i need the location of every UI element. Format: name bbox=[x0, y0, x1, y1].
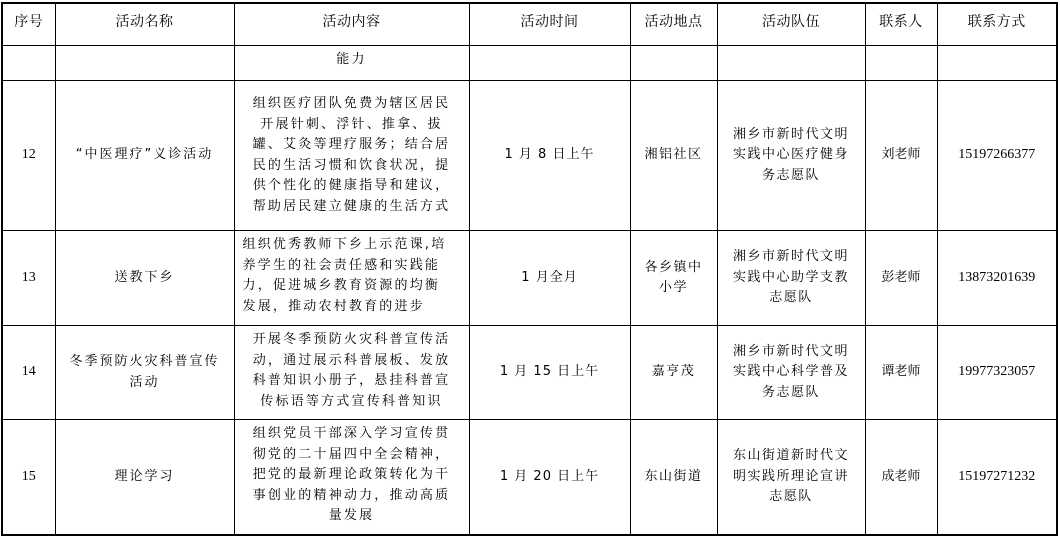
cell-no: 14 bbox=[2, 326, 55, 420]
cell-content: 组织医疗团队免费为辖区居民 开展针刺、浮针、推拿、拔 罐、艾灸等理疗服务；结合居… bbox=[234, 81, 469, 231]
content-line: 供个性化的健康指导和建议， bbox=[241, 176, 463, 197]
cell-contact: 成老师 bbox=[865, 420, 937, 535]
header-location: 活动地点 bbox=[630, 3, 717, 46]
content-line: 组织医疗团队免费为辖区居民 bbox=[241, 94, 463, 115]
cell-name: 送教下乡 bbox=[55, 231, 234, 326]
table-row: 12 “中医理疗”义诊活动 组织医疗团队免费为辖区居民 开展针刺、浮针、推拿、拔… bbox=[2, 81, 1057, 231]
location-line: 湘铝社区 bbox=[637, 145, 711, 166]
header-no: 序号 bbox=[2, 3, 55, 46]
header-contact: 联系人 bbox=[865, 3, 937, 46]
content-line: 传标语等方式宣传科普知识 bbox=[241, 392, 463, 413]
continuation-row: 能力 bbox=[2, 46, 1057, 81]
content-line: 组织优秀教师下乡上示范课,培 bbox=[243, 235, 463, 256]
team-line: 志愿队 bbox=[726, 288, 857, 309]
name-line: “中医理疗”义诊活动 bbox=[62, 145, 228, 166]
content-line: 科普知识小册子，悬挂科普宣 bbox=[241, 371, 463, 392]
header-row: 序号 活动名称 活动内容 活动时间 活动地点 活动队伍 联系人 联系方式 bbox=[2, 3, 1057, 46]
location-line: 各乡镇中 bbox=[637, 258, 711, 279]
content-line: 养学生的社会责任感和实践能 bbox=[243, 256, 463, 277]
team-line: 实践中心助学支教 bbox=[726, 268, 857, 289]
table-row: 13 送教下乡 组织优秀教师下乡上示范课,培 养学生的社会责任感和实践能 力，促… bbox=[2, 231, 1057, 326]
cell-content: 组织优秀教师下乡上示范课,培 养学生的社会责任感和实践能 力，促进城乡教育资源的… bbox=[234, 231, 469, 326]
cell-location: 嘉亨茂 bbox=[630, 326, 717, 420]
cell-contact bbox=[865, 46, 937, 81]
cell-contact: 彭老师 bbox=[865, 231, 937, 326]
cell-time: 1 月 20 日上午 bbox=[469, 420, 630, 535]
content-line: 把党的最新理论政策转化为干 bbox=[241, 465, 463, 486]
header-team: 活动队伍 bbox=[717, 3, 865, 46]
name-line: 活动 bbox=[62, 373, 228, 394]
cell-location: 东山街道 bbox=[630, 420, 717, 535]
team-line: 明实践所理论宣讲 bbox=[726, 467, 857, 488]
team-line: 务志愿队 bbox=[726, 166, 857, 187]
cell-phone bbox=[937, 46, 1057, 81]
cell-contact: 刘老师 bbox=[865, 81, 937, 231]
cell-name bbox=[55, 46, 234, 81]
team-line: 实践中心科学普及 bbox=[726, 362, 857, 383]
cell-team: 东山街道新时代文 明实践所理论宣讲 志愿队 bbox=[717, 420, 865, 535]
content-line: 民的生活习惯和饮食状况，提 bbox=[241, 156, 463, 177]
cell-time: 1 月全月 bbox=[469, 231, 630, 326]
cell-team bbox=[717, 46, 865, 81]
team-line: 湘乡市新时代文明 bbox=[726, 125, 857, 146]
content-line: 量发展 bbox=[241, 506, 463, 527]
team-line: 湘乡市新时代文明 bbox=[726, 247, 857, 268]
cell-time: 1 月 8 日上午 bbox=[469, 81, 630, 231]
location-line: 东山街道 bbox=[637, 467, 711, 488]
header-phone: 联系方式 bbox=[937, 3, 1057, 46]
content-line: 事创业的精神动力，推动高质 bbox=[241, 486, 463, 507]
content-line: 动，通过展示科普展板、发放 bbox=[241, 351, 463, 372]
content-line: 帮助居民建立健康的生活方式 bbox=[241, 197, 463, 218]
cell-location: 湘铝社区 bbox=[630, 81, 717, 231]
cell-team: 湘乡市新时代文明 实践中心助学支教 志愿队 bbox=[717, 231, 865, 326]
cell-phone: 15197266377 bbox=[937, 81, 1057, 231]
content-line: 彻党的二十届四中全会精神， bbox=[241, 445, 463, 466]
cell-content: 能力 bbox=[234, 46, 469, 81]
content-line: 发展，推动农村教育的进步 bbox=[243, 297, 463, 318]
content-line: 力，促进城乡教育资源的均衡 bbox=[243, 276, 463, 297]
activity-schedule-table: 序号 活动名称 活动内容 活动时间 活动地点 活动队伍 联系人 联系方式 能力 … bbox=[1, 2, 1058, 536]
cell-content: 组织党员干部深入学习宣传贯 彻党的二十届四中全会精神， 把党的最新理论政策转化为… bbox=[234, 420, 469, 535]
cell-no: 15 bbox=[2, 420, 55, 535]
cell-content: 开展冬季预防火灾科普宣传活 动，通过展示科普展板、发放 科普知识小册子，悬挂科普… bbox=[234, 326, 469, 420]
team-line: 志愿队 bbox=[726, 487, 857, 508]
header-name: 活动名称 bbox=[55, 3, 234, 46]
cell-name: 理论学习 bbox=[55, 420, 234, 535]
name-line: 冬季预防火灾科普宣传 bbox=[62, 352, 228, 373]
team-line: 湘乡市新时代文明 bbox=[726, 342, 857, 363]
cell-location: 各乡镇中 小学 bbox=[630, 231, 717, 326]
cell-time: 1 月 15 日上午 bbox=[469, 326, 630, 420]
cell-phone: 13873201639 bbox=[937, 231, 1057, 326]
cell-location bbox=[630, 46, 717, 81]
cell-contact: 谭老师 bbox=[865, 326, 937, 420]
cell-name: 冬季预防火灾科普宣传 活动 bbox=[55, 326, 234, 420]
table-row: 14 冬季预防火灾科普宣传 活动 开展冬季预防火灾科普宣传活 动，通过展示科普展… bbox=[2, 326, 1057, 420]
cell-no: 12 bbox=[2, 81, 55, 231]
header-content: 活动内容 bbox=[234, 3, 469, 46]
team-line: 务志愿队 bbox=[726, 383, 857, 404]
cell-team: 湘乡市新时代文明 实践中心科学普及 务志愿队 bbox=[717, 326, 865, 420]
cell-no: 13 bbox=[2, 231, 55, 326]
cell-phone: 19977323057 bbox=[937, 326, 1057, 420]
name-line: 送教下乡 bbox=[62, 268, 228, 289]
cell-phone: 15197271232 bbox=[937, 420, 1057, 535]
content-line: 开展冬季预防火灾科普宣传活 bbox=[241, 330, 463, 351]
team-line: 实践中心医疗健身 bbox=[726, 145, 857, 166]
cell-time bbox=[469, 46, 630, 81]
header-time: 活动时间 bbox=[469, 3, 630, 46]
content-line: 罐、艾灸等理疗服务；结合居 bbox=[241, 135, 463, 156]
content-line: 组织党员干部深入学习宣传贯 bbox=[241, 424, 463, 445]
team-line: 东山街道新时代文 bbox=[726, 446, 857, 467]
cell-team: 湘乡市新时代文明 实践中心医疗健身 务志愿队 bbox=[717, 81, 865, 231]
name-line: 理论学习 bbox=[62, 467, 228, 488]
content-line: 开展针刺、浮针、推拿、拔 bbox=[241, 115, 463, 136]
location-line: 嘉亨茂 bbox=[637, 362, 711, 383]
cell-name: “中医理疗”义诊活动 bbox=[55, 81, 234, 231]
cell-no bbox=[2, 46, 55, 81]
location-line: 小学 bbox=[637, 278, 711, 299]
table-row: 15 理论学习 组织党员干部深入学习宣传贯 彻党的二十届四中全会精神， 把党的最… bbox=[2, 420, 1057, 535]
